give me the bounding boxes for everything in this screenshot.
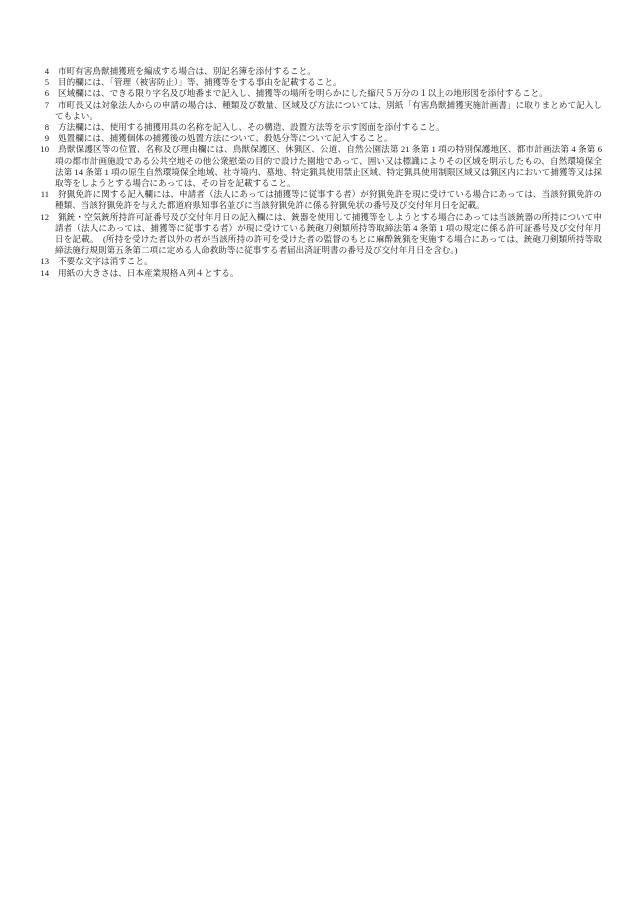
item-number: 7 xyxy=(36,100,49,111)
item-number: 12 xyxy=(36,212,49,223)
note-item-8: 8方法欄には、使用する捕獲用具の名称を記入し、その構造、設置方法等を示す図面を添… xyxy=(36,122,602,133)
item-number: 10 xyxy=(36,144,49,155)
item-text: 用紙の大きさは、日本産業規格Ａ列４とする。 xyxy=(58,268,238,278)
note-item-14: 14用紙の大きさは、日本産業規格Ａ列４とする。 xyxy=(36,268,602,279)
item-text: 目的欄には、「管理（被害防止）」等、捕獲等をする事由を記載すること。 xyxy=(58,77,342,87)
item-text: 区域欄には、できる限り字名及び地番まで記入し、捕獲等の場所を明らかにした縮尺５万… xyxy=(58,88,548,98)
item-text: 市町長又は対象法人からの申請の場合は、種類及び数量、区域及び方法については、別紙… xyxy=(55,100,602,121)
item-number: 9 xyxy=(36,133,49,144)
note-item-7: 7市町長又は対象法人からの申請の場合は、種類及び数量、区域及び方法については、別… xyxy=(36,100,602,122)
item-number: 4 xyxy=(36,66,49,77)
item-text: 処置欄には、捕獲個体の捕獲後の処置方法について、殺処分等について記入すること。 xyxy=(58,133,393,143)
item-number: 14 xyxy=(36,268,49,279)
item-text: 鳥獣保護区等の位置、名称及び理由欄には、鳥獣保護区、休猟区、公道、自然公園法第 … xyxy=(55,144,602,188)
note-item-4: 4市町有害鳥獣捕獲班を編成する場合は、別記名簿を添付すること。 xyxy=(36,66,602,77)
item-text: 不要な文字は消すこと。 xyxy=(58,256,153,266)
note-item-13: 13不要な文字は消すこと。 xyxy=(36,256,602,267)
item-number: 6 xyxy=(36,88,49,99)
note-item-6: 6区域欄には、できる限り字名及び地番まで記入し、捕獲等の場所を明らかにした縮尺５… xyxy=(36,88,602,99)
note-item-5: 5目的欄には、「管理（被害防止）」等、捕獲等をする事由を記載すること。 xyxy=(36,77,602,88)
item-number: 11 xyxy=(36,189,49,200)
item-text: 市町有害鳥獣捕獲班を編成する場合は、別記名簿を添付すること。 xyxy=(58,66,316,76)
document-page: 4市町有害鳥獣捕獲班を編成する場合は、別記名簿を添付すること。 5目的欄には、「… xyxy=(0,0,630,903)
item-text: 方法欄には、使用する捕獲用具の名称を記入し、その構造、設置方法等を示す図面を添付… xyxy=(58,122,445,132)
item-number: 13 xyxy=(36,256,49,267)
note-item-11: 11狩猟免許に関する記入欄には、申請者（法人にあっては捕獲等に従事する者）が狩猟… xyxy=(36,189,602,211)
item-text: 狩猟免許に関する記入欄には、申請者（法人にあっては捕獲等に従事する者）が狩猟免許… xyxy=(55,189,602,210)
note-item-12: 12猟銃・空気銃所持許可証番号及び交付年月日の記入欄には、銃器を使用して捕獲等を… xyxy=(36,212,602,257)
item-number: 8 xyxy=(36,122,49,133)
note-item-9: 9処置欄には、捕獲個体の捕獲後の処置方法について、殺処分等について記入すること。 xyxy=(36,133,602,144)
item-text: 猟銃・空気銃所持許可証番号及び交付年月日の記入欄には、銃器を使用して捕獲等をしよ… xyxy=(55,212,602,256)
notes-list: 4市町有害鳥獣捕獲班を編成する場合は、別記名簿を添付すること。 5目的欄には、「… xyxy=(36,66,602,279)
note-item-10: 10鳥獣保護区等の位置、名称及び理由欄には、鳥獣保護区、休猟区、公道、自然公園法… xyxy=(36,144,602,189)
item-number: 5 xyxy=(36,77,49,88)
